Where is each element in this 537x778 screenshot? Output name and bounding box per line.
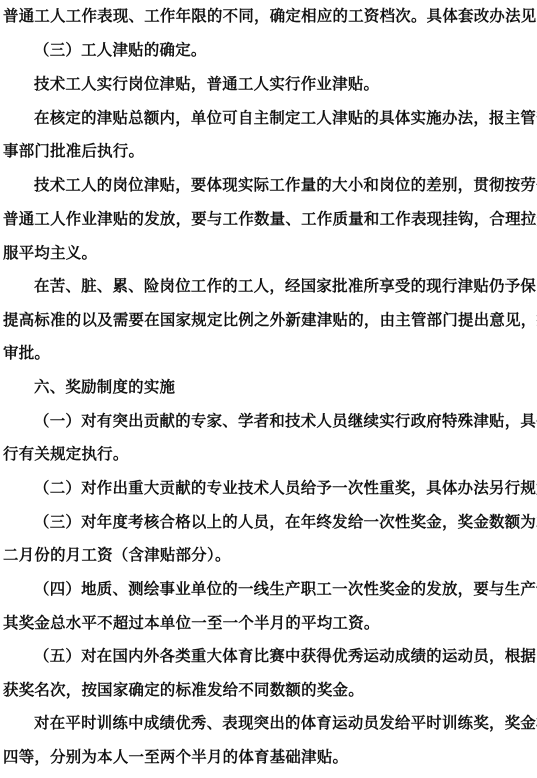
text-line: 行有关规定执行。 [3, 444, 129, 464]
subsection-heading: （三）工人津贴的确定。 [34, 40, 207, 60]
text-line: 在核定的津贴总额内，单位可自主制定工人津贴的具体实施办法，报主管部门和人 [34, 108, 537, 128]
document-page: 普通工人工作表现、工作年限的不同，确定相应的工资档次。具体套改办法见附表三。 （… [0, 0, 537, 778]
section-heading: 六、奖励制度的实施 [34, 377, 175, 397]
text-line: 获奖名次，按国家确定的标准发给不同数额的奖金。 [3, 680, 364, 700]
text-line: （三）对年度考核合格以上的人员，在年终发给一次性奖金，奖金数额为本人当年十 [34, 512, 537, 532]
text-line: 技术工人的岗位津贴，要体现实际工作量的大小和岗位的差别，贯彻按劳分配原则。 [34, 175, 537, 195]
text-line: 在苦、脏、累、险岗位工作的工人，经国家批准所享受的现行津贴仍予保留。需要 [34, 276, 537, 296]
text-line: 普通工人工作表现、工作年限的不同，确定相应的工资档次。具体套改办法见附表三。 [3, 6, 537, 26]
text-line: 审批。 [3, 343, 50, 363]
text-line: （二）对作出重大贡献的专业技术人员给予一次性重奖，具体办法另行规定。 [34, 478, 537, 498]
text-line: （四）地质、测绘事业单位的一线生产职工一次性奖金的发放，要与生产情况挂钩。 [34, 579, 537, 599]
text-line: （五）对在国内外各类重大体育比赛中获得优秀运动成绩的运动员，根据比赛层次和 [34, 646, 537, 666]
text-line: 对在平时训练中成绩优秀、表现突出的体育运动员发给平时训练奖，奖金标准分为 [34, 713, 537, 733]
text-line: 提高标准的以及需要在国家规定比例之外新建津贴的，由主管部门提出意见，报国务院 [3, 310, 537, 330]
text-line: 事部门批准后执行。 [3, 141, 144, 161]
text-line: 服平均主义。 [3, 243, 97, 263]
text-line: 四等，分别为本人一至两个半月的体育基础津贴。 [3, 747, 348, 767]
text-line: 普通工人作业津贴的发放，要与工作数量、工作质量和工作表现挂钩，合理拉开差距，克 [3, 209, 537, 229]
text-line: 技术工人实行岗位津贴，普通工人实行作业津贴。 [34, 74, 379, 94]
text-line: （一）对有突出贡献的专家、学者和技术人员继续实行政府特殊津贴，具体办法按现 [34, 411, 537, 431]
text-line: 二月份的月工资（含津贴部分）。 [3, 545, 231, 565]
text-line: 其奖金总水平不超过本单位一至一个半月的平均工资。 [3, 613, 380, 633]
